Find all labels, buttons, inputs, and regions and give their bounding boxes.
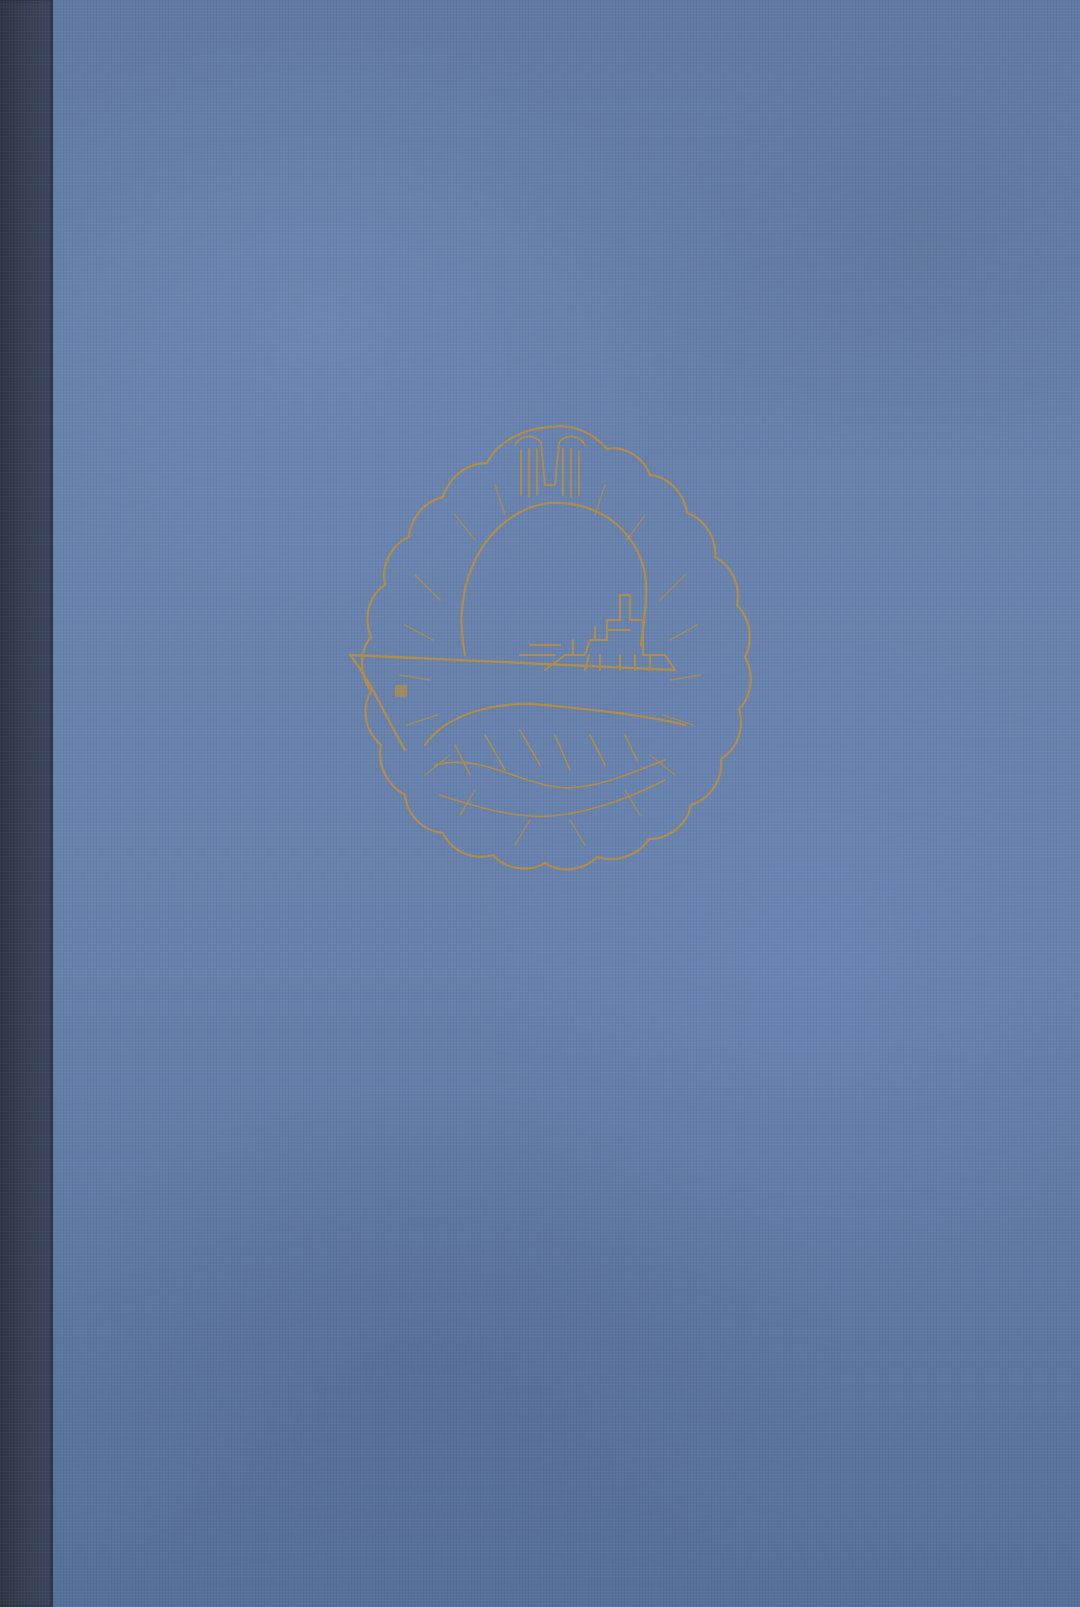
book-spine: [0, 0, 53, 1607]
warship-wreath-emblem-icon: [345, 415, 755, 875]
book-cover: [0, 0, 1080, 1607]
